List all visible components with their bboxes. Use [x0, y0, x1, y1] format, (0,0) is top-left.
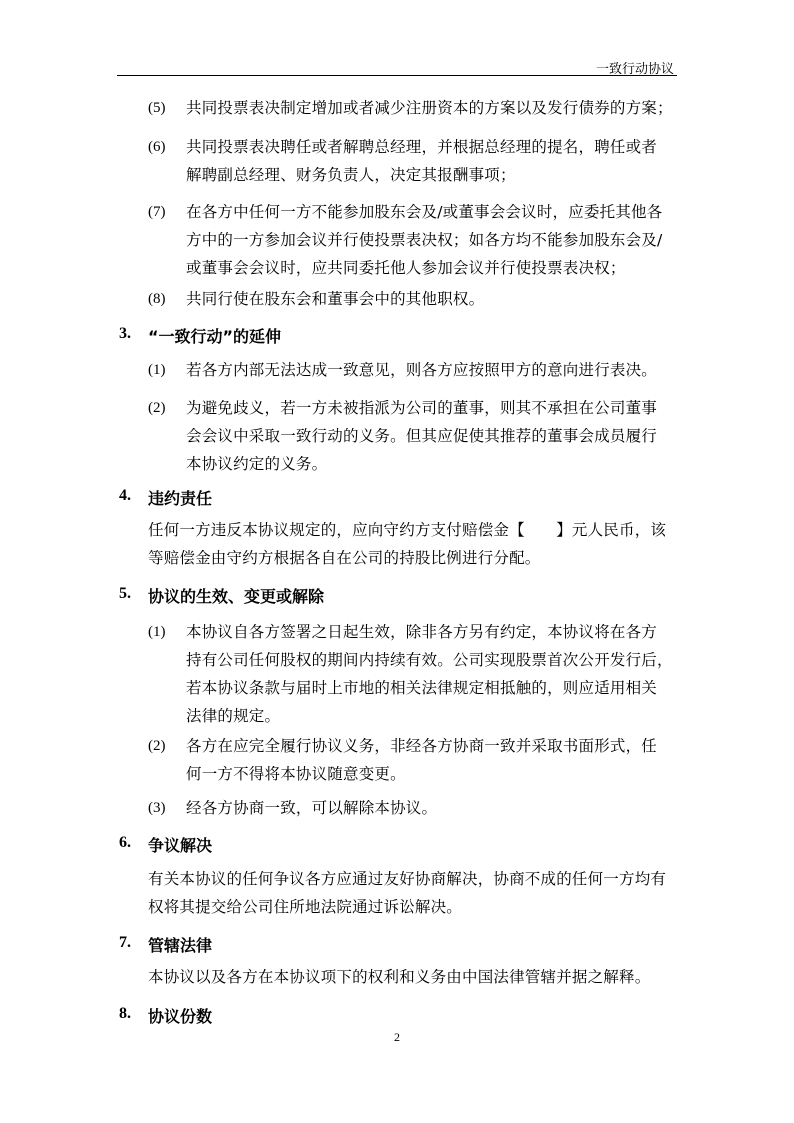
section-title: 协议的生效、变更或解除 — [148, 584, 324, 607]
section-title: “一致行动”的延伸 — [148, 324, 281, 347]
section-paragraph: 任何一方违反本协议规定的，应向守约方支付赔偿金【 】元人民币，该 等赔偿金由守约… — [148, 516, 678, 572]
section-number: 6. — [119, 834, 131, 852]
item-text: 在各方中任何一方不能参加股东会及/或董事会会议时，应委托其他各 方中的一方参加会… — [186, 198, 676, 282]
item-number: (2) — [148, 738, 166, 755]
section-number: 8. — [119, 1005, 131, 1023]
section-number: 7. — [119, 934, 131, 952]
item-text: 若各方内部无法达成一致意见，则各方应按照甲方的意向进行表决。 — [186, 356, 676, 384]
item-number: (5) — [148, 100, 166, 117]
item-number: (8) — [148, 291, 166, 308]
item-text: 为避免歧义，若一方未被指派为公司的董事，则其不承担在公司董事 会会议中采取一致行… — [186, 394, 676, 478]
section-number: 3. — [119, 325, 131, 343]
header-divider — [117, 75, 677, 76]
item-number: (6) — [148, 139, 166, 156]
section-title: 协议份数 — [148, 1004, 212, 1027]
section-paragraph: 有关本协议的任何争议各方应通过友好协商解决，协商不成的任何一方均有 权将其提交给… — [148, 865, 678, 921]
section-number: 4. — [119, 487, 131, 505]
item-text: 各方在应完全履行协议义务，非经各方协商一致并采取书面形式，任 何一方不得将本协议… — [186, 732, 676, 788]
item-text: 共同投票表决聘任或者解聘总经理，并根据总经理的提名，聘任或者 解聘副总经理、财务… — [186, 133, 676, 189]
item-text: 共同行使在股东会和董事会中的其他职权。 — [186, 285, 676, 313]
item-text: 共同投票表决制定增加或者减少注册资本的方案以及发行债券的方案； — [186, 94, 676, 122]
section-title: 管辖法律 — [148, 933, 212, 956]
section-paragraph: 本协议以及各方在本协议项下的权利和义务由中国法律管辖并据之解释。 — [148, 963, 678, 991]
page-number: 2 — [0, 1030, 794, 1045]
item-number: (1) — [148, 362, 166, 379]
item-number: (7) — [148, 204, 166, 221]
item-text: 经各方协商一致，可以解除本协议。 — [186, 794, 676, 822]
item-text: 本协议自各方签署之日起生效，除非各方另有约定，本协议将在各方 持有公司任何股权的… — [186, 618, 676, 730]
item-number: (2) — [148, 400, 166, 417]
item-number: (1) — [148, 624, 166, 641]
item-number: (3) — [148, 800, 166, 817]
section-title: 争议解决 — [148, 833, 212, 856]
section-title: 违约责任 — [148, 486, 212, 509]
section-number: 5. — [119, 585, 131, 603]
